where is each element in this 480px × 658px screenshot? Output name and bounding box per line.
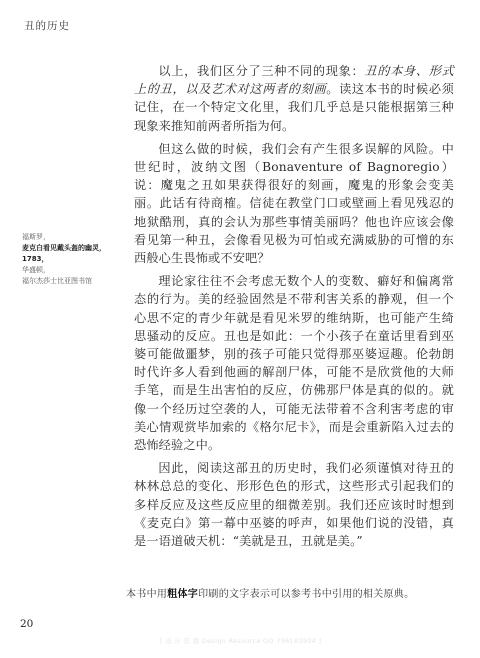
caption-artist: 福斯罗， [22, 232, 132, 243]
caption-location-library: 福尔杰莎士比亚图书馆 [22, 276, 132, 287]
paragraph-1: 以上，我们区分了三种不同的现象：丑的本身、形式上的丑，以及艺术对这两者的刻画。读… [134, 62, 454, 135]
caption-location-city: 华盛顿， [22, 265, 132, 276]
paragraph-3: 理论家往往不会考虑无数个人的变数、癖好和偏离常态的行为。美的经验固然是不带利害关… [134, 272, 454, 454]
footnote-pre: 本书中用 [126, 589, 167, 600]
footnote-bold: 粗体字 [167, 589, 198, 600]
watermark: [ 设 计 资 源 Design Resource QQ 736183904 ] [160, 636, 321, 645]
page-number: 20 [20, 618, 33, 630]
caption-year: 1783， [22, 254, 132, 265]
image-caption: 福斯罗， 麦克白看见戴头盔的幽灵， 1783， 华盛顿， 福尔杰莎士比亚图书馆 [22, 232, 132, 287]
footnote-post: 印刷的文字表示可以参考书中引用的相关原典。 [198, 589, 414, 600]
paragraph-4: 因此，阅读这部丑的历史时，我们必须谨慎对待丑的林林总总的变化、形形色色的形式，这… [134, 459, 454, 550]
paragraph-2: 但这么做的时候，我们会有产生很多误解的风险。中世纪时，波纳文图（Bonavent… [134, 140, 454, 267]
paragraph-1-pre: 以上，我们区分了三种不同的现象： [158, 64, 364, 78]
caption-title: 麦克白看见戴头盔的幽灵， [22, 243, 132, 254]
main-text: 以上，我们区分了三种不同的现象：丑的本身、形式上的丑，以及艺术对这两者的刻画。读… [134, 62, 454, 555]
footnote: 本书中用粗体字印刷的文字表示可以参考书中引用的相关原典。 [126, 585, 456, 600]
running-head: 丑的历史 [24, 18, 70, 33]
